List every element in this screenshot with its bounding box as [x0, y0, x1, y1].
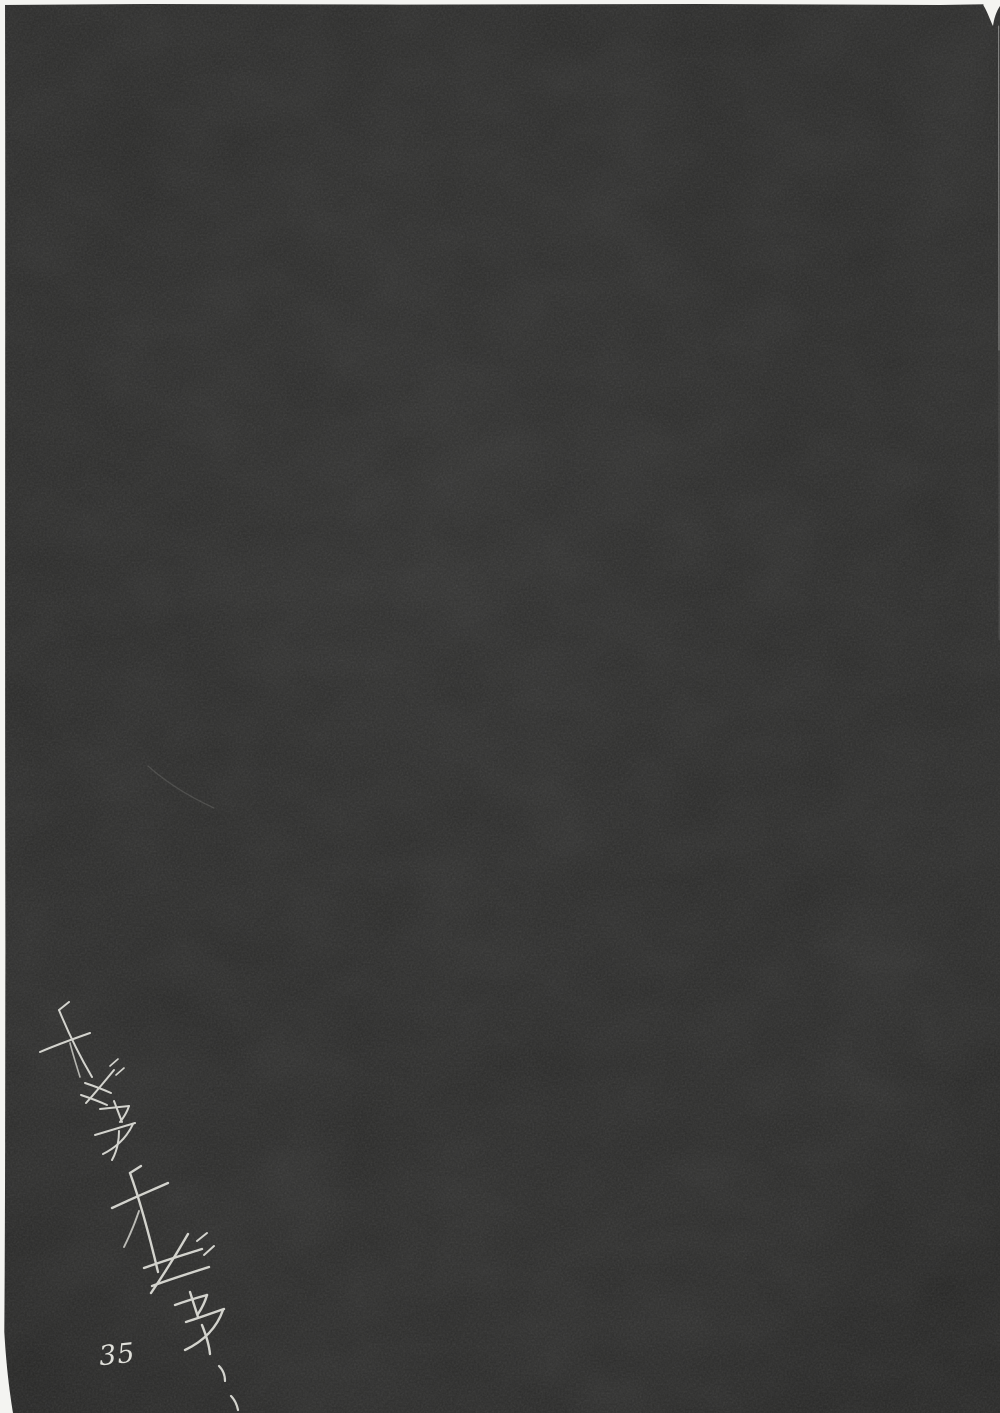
page-number: 35: [98, 1338, 137, 1373]
grain-fine-overlay: [0, 0, 1000, 1413]
scanned-page: 35: [0, 0, 1000, 1413]
page-artwork: 35: [0, 0, 1000, 1413]
